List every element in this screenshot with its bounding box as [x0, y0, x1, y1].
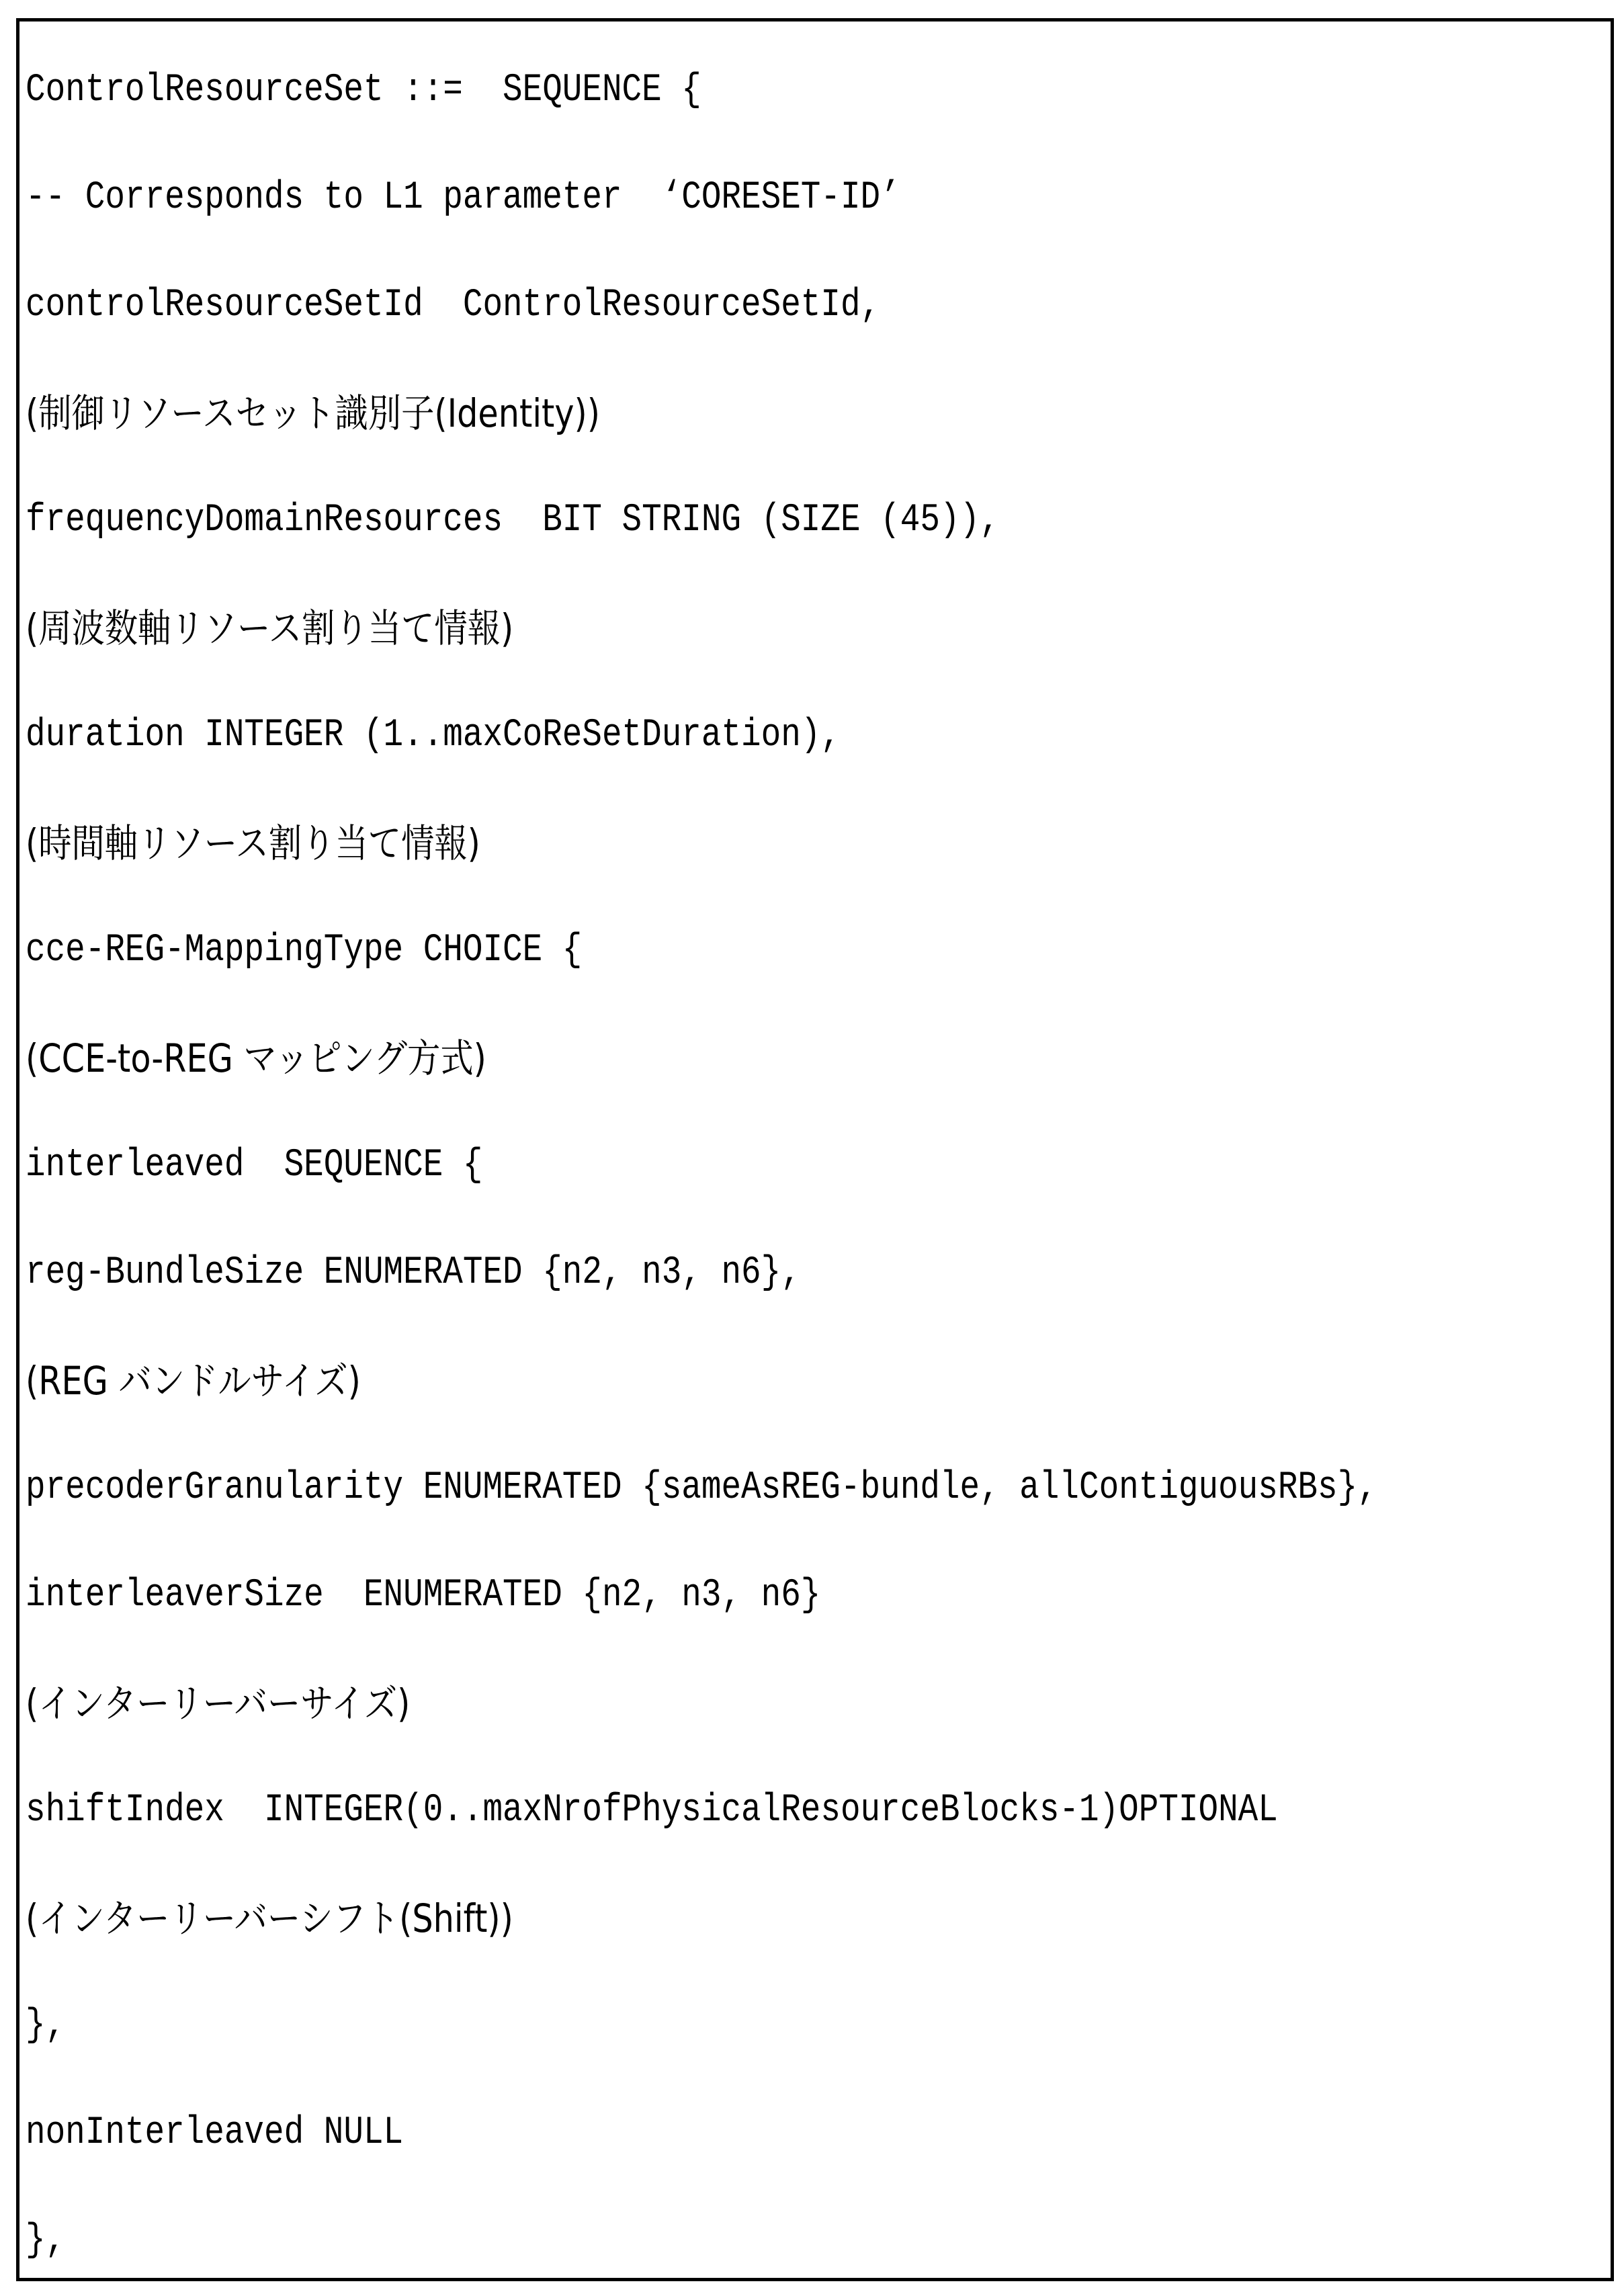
code-line-precodergranularity: precoderGranularity ENUMERATED {sameAsRE… — [26, 1465, 1377, 1512]
annotation-line-time-allocation: (時間軸リソース割り当て情報) — [26, 820, 480, 867]
code-line-controlresourcesetid: controlResourceSetId ControlResourceSetI… — [26, 282, 880, 329]
annotation-line-interleaver-shift: (インターリーバーシフト(Shift)) — [26, 1895, 513, 1942]
code-block: ControlResourceSet ::= SEQUENCE { -- Cor… — [19, 22, 1611, 2278]
annotation-line-interleaver-size: (インターリーバーサイズ) — [26, 1680, 410, 1727]
code-line-noninterleaved-null: nonInterleaved NULL — [26, 2110, 403, 2157]
code-line-close-choice: }, — [26, 2217, 65, 2264]
code-line-cce-reg-mappingtype: cce-REG-MappingType CHOICE { — [26, 927, 582, 974]
annotation-line-reg-bundle-size: (REG バンドルサイズ) — [26, 1357, 361, 1404]
code-line-controlresourceset-sequence: ControlResourceSet ::= SEQUENCE { — [26, 67, 701, 114]
annotation-line-mapping-method: (CCE-to-REG マッピング方式) — [26, 1035, 486, 1082]
code-line-interleaved-sequence: interleaved SEQUENCE { — [26, 1142, 482, 1189]
comment-line-coreset-id: -- Corresponds to L1 parameter ‘CORESET-… — [26, 175, 900, 222]
code-line-duration: duration INTEGER (1..maxCoReSetDuration)… — [26, 712, 841, 759]
annotation-line-frequency-allocation: (周波数軸リソース割り当て情報) — [26, 605, 513, 652]
code-line-close-interleaved: }, — [26, 2002, 65, 2049]
annotation-line-identity: (制御リソースセット識別子(Identity)) — [26, 390, 600, 437]
asn1-code-box: ControlResourceSet ::= SEQUENCE { -- Cor… — [16, 18, 1614, 2281]
code-line-shiftindex: shiftIndex INTEGER(0..maxNrofPhysicalRes… — [26, 1787, 1278, 1834]
code-line-reg-bundlesize: reg-BundleSize ENUMERATED {n2, n3, n6}, — [26, 1250, 801, 1297]
code-line-interleaversize: interleaverSize ENUMERATED {n2, n3, n6} — [26, 1572, 820, 1619]
code-line-frequencydomainresources: frequencyDomainResources BIT STRING (SIZ… — [26, 497, 1000, 544]
